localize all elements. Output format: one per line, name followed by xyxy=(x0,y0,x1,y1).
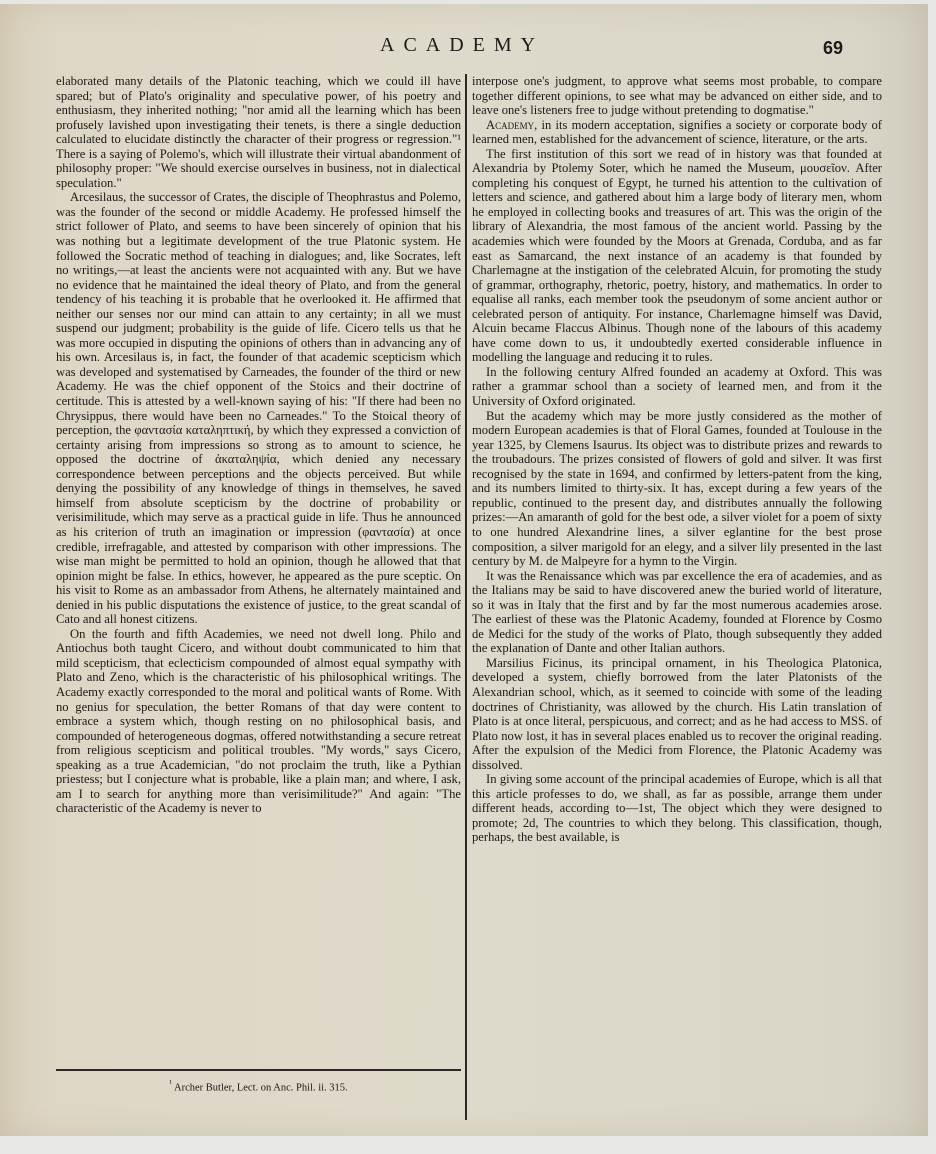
paragraph: The first institution of this sort we re… xyxy=(472,147,882,365)
paragraph: elaborated many details of the Platonic … xyxy=(56,74,461,190)
page-header: ACADEMY 69 xyxy=(0,34,928,64)
footnote: ¹ Archer Butler, Lect. on Anc. Phil. ii.… xyxy=(56,1078,461,1094)
paragraph-academy-definition: Academy, in its modern acceptation, sign… xyxy=(472,118,882,147)
paragraph: But the academy which may be more justly… xyxy=(472,409,882,569)
running-title: ACADEMY xyxy=(380,34,544,57)
paragraph: In the following century Alfred founded … xyxy=(472,365,882,409)
scan-background xyxy=(0,1136,936,1154)
left-column: elaborated many details of the Platonic … xyxy=(56,74,461,816)
right-column: interpose one's judgment, to approve wha… xyxy=(472,74,882,845)
paragraph: Marsilius Ficinus, its principal ornamen… xyxy=(472,656,882,772)
paragraph: interpose one's judgment, to approve wha… xyxy=(472,74,882,118)
paragraph: On the fourth and fifth Academies, we ne… xyxy=(56,627,461,816)
footnote-text: Archer Butler, Lect. on Anc. Phil. ii. 3… xyxy=(174,1083,348,1094)
paragraph: In giving some account of the principal … xyxy=(472,772,882,845)
footnote-rule xyxy=(56,1069,461,1071)
footnote-marker: ¹ xyxy=(169,1078,172,1088)
column-divider xyxy=(465,74,467,1120)
headword: Academy, xyxy=(486,118,537,132)
paragraph: It was the Renaissance which was par exc… xyxy=(472,569,882,656)
paragraph: Arcesilaus, the successor of Crates, the… xyxy=(56,190,461,626)
page-number: 69 xyxy=(823,38,843,59)
document-page: ACADEMY 69 elaborated many details of th… xyxy=(0,4,928,1136)
